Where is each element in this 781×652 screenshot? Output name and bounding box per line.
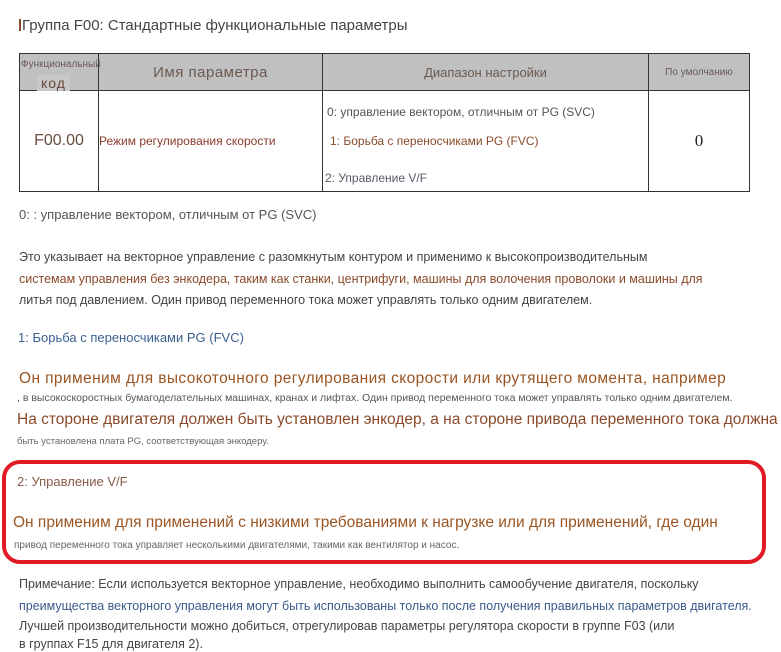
cell-range: 0: управление вектором, отличным от PG (… [323, 91, 649, 192]
fvc-line-2: , в высокоскоростных бумагоделательных м… [17, 392, 732, 404]
range-option-0: 0: управление вектором, отличным от PG (… [327, 105, 595, 119]
table-header-row: Функциональный код Имя параметра Диапазо… [20, 54, 750, 91]
header-name: Имя параметра [99, 54, 323, 91]
title-marker [19, 19, 21, 31]
svc-line-2: системам управления без энкодера, таким … [19, 272, 703, 286]
note-line-3: Лучшей производительности можно добиться… [19, 619, 674, 633]
svc-line-3: литья под давлением. Один привод перемен… [19, 293, 592, 307]
range-option-2: 2: Управление V/F [325, 171, 427, 185]
note-line-1: Примечание: Если используется векторное … [19, 577, 699, 591]
vf-line-2: привод переменного тока управляет нескол… [14, 540, 459, 551]
header-range: Диапазон настройки [323, 54, 649, 91]
fvc-line-1: Он применим для высокоточного регулирова… [19, 370, 726, 388]
cell-code: F00.00 [20, 91, 99, 192]
cell-default: 0 [649, 91, 750, 192]
note-line-2: преимущества векторного управления могут… [19, 599, 752, 613]
cell-name: Режим регулирования скорости [99, 91, 323, 192]
svc-heading: 0: : управление вектором, отличным от PG… [19, 207, 316, 222]
fvc-line-4: быть установлена плата PG, соответствующ… [17, 436, 269, 447]
fvc-line-3: На стороне двигателя должен быть установ… [17, 411, 778, 429]
vf-line-1: Он применим для применений с низкими тре… [13, 514, 718, 532]
header-default: По умолчанию [649, 54, 750, 91]
group-title: Группа F00: Стандартные функциональные п… [19, 17, 408, 34]
note-line-4: в группах F15 для двигателя 2). [19, 637, 203, 651]
parameter-table: Функциональный код Имя параметра Диапазо… [19, 53, 750, 192]
range-option-1: 1: Борьба с переносчиками PG (FVC) [330, 134, 539, 148]
fvc-heading: 1: Борьба с переносчиками PG (FVC) [18, 330, 244, 345]
header-code: Функциональный код [20, 54, 99, 91]
svc-line-1: Это указывает на векторное управление с … [19, 250, 647, 264]
header-code-bottom: код [37, 75, 70, 91]
table-row: F00.00 Режим регулирования скорости 0: у… [20, 91, 750, 192]
header-code-top: Функциональный [21, 59, 101, 70]
vf-heading: 2: Управление V/F [17, 474, 128, 489]
group-title-text: Группа F00: Стандартные функциональные п… [22, 17, 408, 34]
